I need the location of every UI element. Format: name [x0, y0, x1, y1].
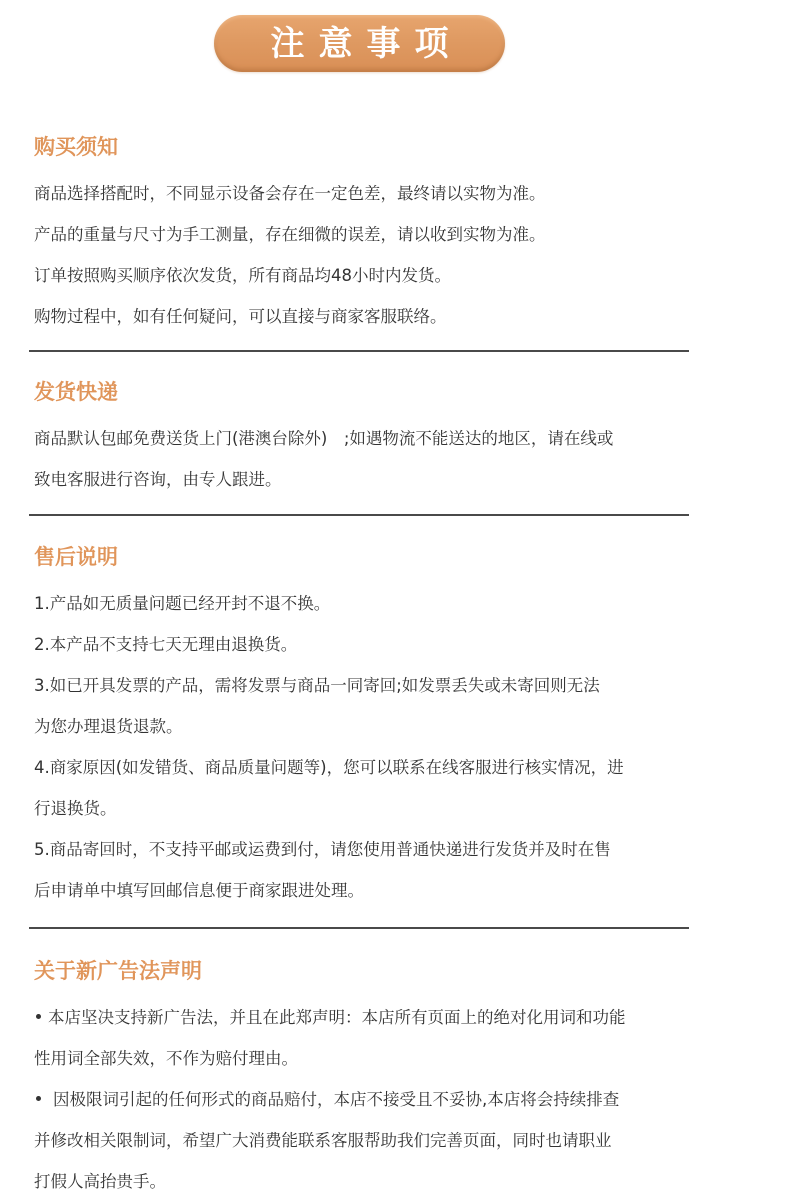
section-heading: 关于新广告法声明	[34, 956, 694, 986]
divider	[29, 514, 689, 516]
bullet-text: 本店坚决支持新广告法，并且在此郑声明：本店所有页面上的绝对化用词和功能	[48, 1008, 626, 1027]
page-title: 注意事项	[257, 27, 463, 61]
text-line: 性用词全部失效，不作为赔付理由。	[34, 1038, 694, 1079]
text-line: 后申请单中填写回邮信息便于商家跟进处理。	[34, 870, 694, 911]
section-ad-law-statement: 关于新广告法声明 本店坚决支持新广告法，并且在此郑声明：本店所有页面上的绝对化用…	[34, 956, 694, 1200]
text-line: 5.商品寄回时，不支持平邮或运费到付，请您使用普通快递进行发货并及时在售	[34, 829, 694, 870]
text-line: 并修改相关限制词，希望广大消费能联系客服帮助我们完善页面，同时也请职业	[34, 1120, 694, 1161]
section-shipping: 发货快递 商品默认包邮免费送货上门(港澳台除外) ;如遇物流不能送达的地区，请在…	[34, 377, 694, 500]
text-line: 为您办理退货退款。	[34, 706, 694, 747]
text-line: 商品选择搭配时，不同显示设备会存在一定色差，最终请以实物为准。	[34, 173, 694, 214]
text-line: 致电客服进行咨询，由专人跟进。	[34, 459, 694, 500]
section-purchase-notice: 购买须知 商品选择搭配时，不同显示设备会存在一定色差，最终请以实物为准。 产品的…	[34, 132, 694, 337]
bullet-icon	[36, 1096, 41, 1101]
text-line: 3.如已开具发票的产品，需将发票与商品一同寄回;如发票丢失或未寄回则无法	[34, 665, 694, 706]
divider	[29, 927, 689, 929]
text-line: 2.本产品不支持七天无理由退换货。	[34, 624, 694, 665]
text-line: 因极限词引起的任何形式的商品赔付，本店不接受且不妥协,本店将会持续排查	[34, 1079, 694, 1120]
text-line: 打假人高抬贵手。	[34, 1161, 694, 1200]
section-heading: 购买须知	[34, 132, 694, 162]
divider	[29, 350, 689, 352]
section-heading: 发货快递	[34, 377, 694, 407]
text-line: 4.商家原因(如发错货、商品质量问题等)，您可以联系在线客服进行核实情况，进	[34, 747, 694, 788]
section-after-sales: 售后说明 1.产品如无质量问题已经开封不退不换。 2.本产品不支持七天无理由退换…	[34, 542, 694, 911]
title-banner: 注意事项	[214, 15, 505, 72]
text-line: 行退换货。	[34, 788, 694, 829]
bullet-text: 因极限词引起的任何形式的商品赔付，本店不接受且不妥协,本店将会持续排查	[53, 1090, 619, 1109]
bullet-icon	[36, 1014, 41, 1019]
text-line: 1.产品如无质量问题已经开封不退不换。	[34, 583, 694, 624]
text-line: 购物过程中，如有任何疑问，可以直接与商家客服联络。	[34, 296, 694, 337]
text-line: 商品默认包邮免费送货上门(港澳台除外) ;如遇物流不能送达的地区，请在线或	[34, 418, 694, 459]
text-line: 本店坚决支持新广告法，并且在此郑声明：本店所有页面上的绝对化用词和功能	[34, 997, 694, 1038]
text-line: 订单按照购买顺序依次发货，所有商品均48小时内发货。	[34, 255, 694, 296]
text-line: 产品的重量与尺寸为手工测量，存在细微的误差，请以收到实物为准。	[34, 214, 694, 255]
section-heading: 售后说明	[34, 542, 694, 572]
